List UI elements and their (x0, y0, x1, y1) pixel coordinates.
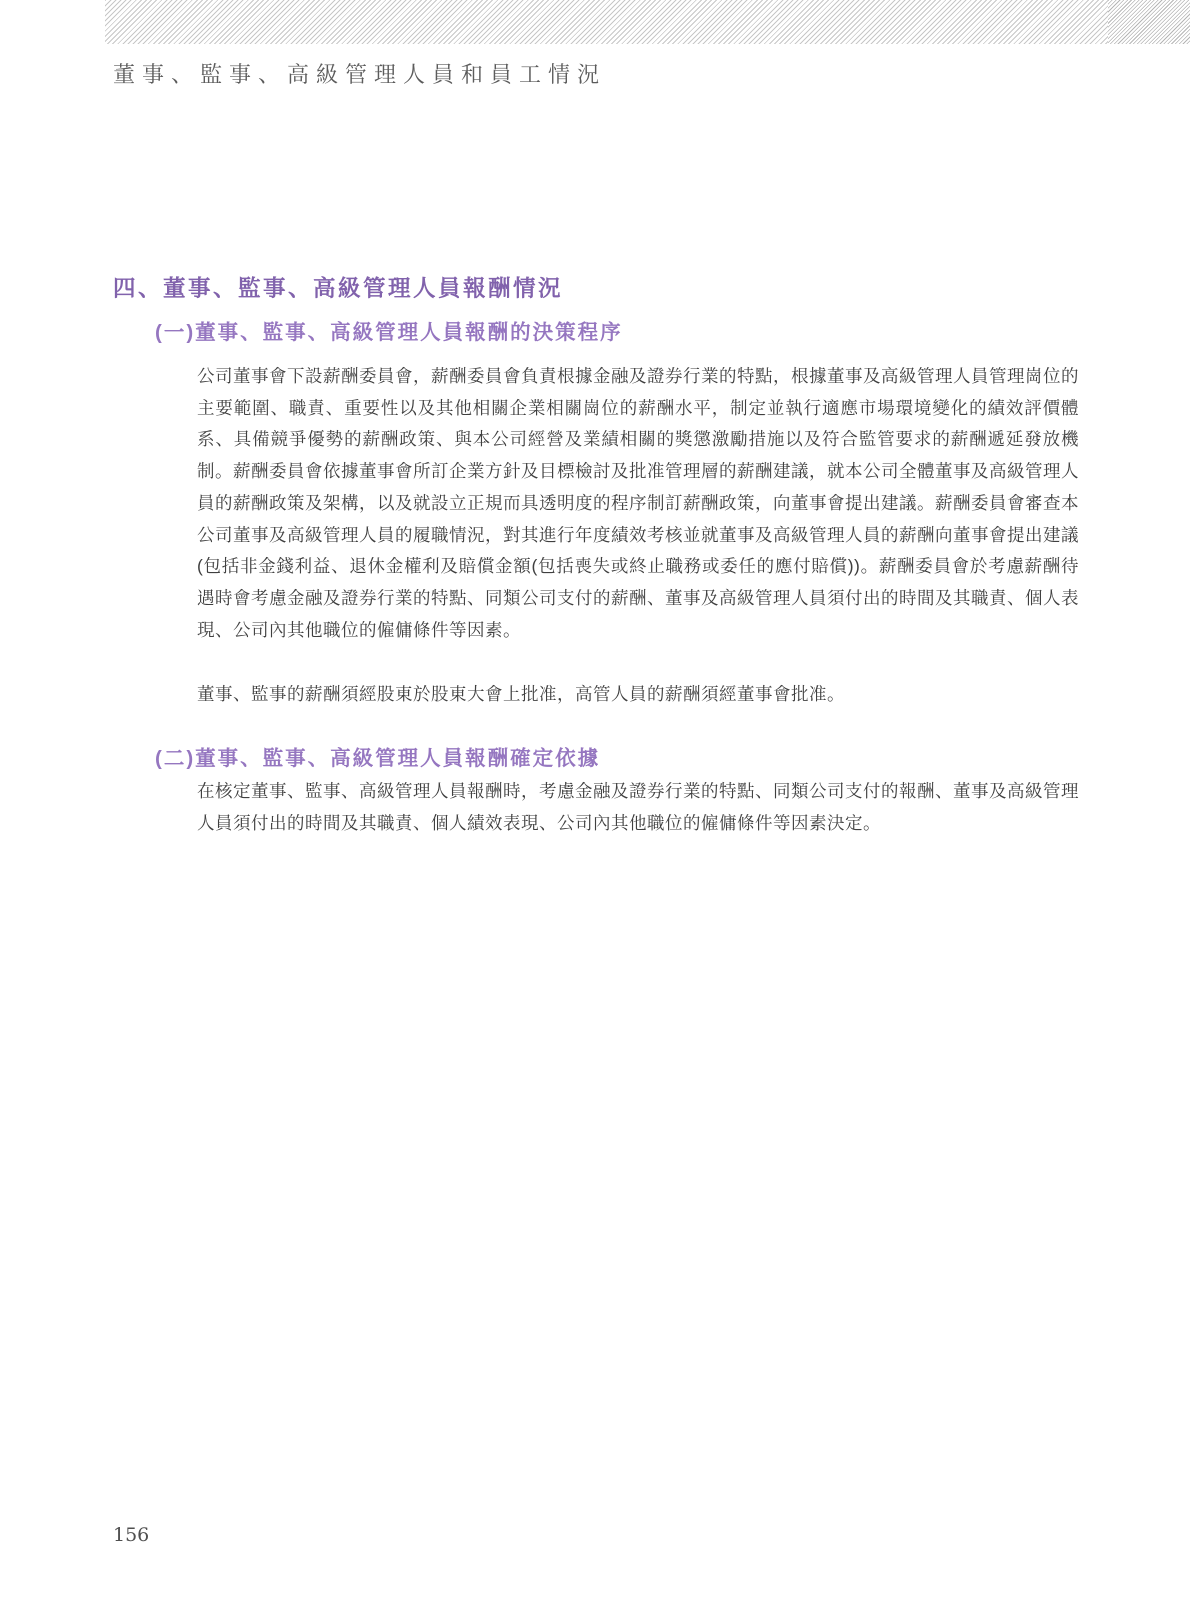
page-number: 156 (113, 1524, 149, 1546)
section-main-heading: 四、董事、監事、高級管理人員報酬情況 (113, 271, 563, 303)
sub-heading-decision-procedure: (一)董事、監事、高級管理人員報酬的決策程序 (155, 315, 623, 345)
paragraph-remuneration-committee: 公司董事會下設薪酬委員會，薪酬委員會負責根據金融及證券行業的特點，根據董事及高級… (197, 361, 1079, 646)
top-hatch-banner (105, 0, 1190, 44)
running-header: 董事、監事、高級管理人員和員工情況 (113, 58, 606, 89)
top-hatch-banner-dense-segment (1108, 0, 1190, 44)
sub-heading-determination-basis: (二)董事、監事、高級管理人員報酬確定依據 (155, 741, 600, 771)
document-page: { "page": { "running_header": "董事、監事、高級管… (0, 0, 1190, 1615)
paragraph-approval: 董事、監事的薪酬須經股東於股東大會上批准，高管人員的薪酬須經董事會批准。 (197, 679, 1079, 711)
paragraph-determination-basis: 在核定董事、監事、高級管理人員報酬時，考慮金融及證券行業的特點、同類公司支付的報… (197, 776, 1079, 839)
